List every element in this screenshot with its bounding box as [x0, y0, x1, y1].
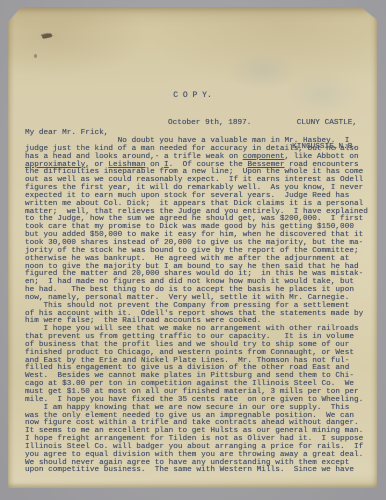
letter-date: October 9th, 1897. — [168, 119, 251, 127]
salutation: My dear Mr. Frick, — [25, 129, 108, 137]
letter-line: upon competitive business. The same with… — [25, 467, 371, 475]
ink-smudge — [42, 33, 53, 39]
address-line-1: CLUNY CASTLE, — [292, 119, 357, 127]
letter-page: C O P Y. CLUNY CASTLE, KINGUSSIE,N.B. Oc… — [8, 7, 377, 488]
letter-body: No doubt you have a valuable man in Mr. … — [25, 138, 371, 475]
copy-heading: C O P Y. — [8, 91, 377, 100]
ink-speck — [34, 54, 37, 58]
